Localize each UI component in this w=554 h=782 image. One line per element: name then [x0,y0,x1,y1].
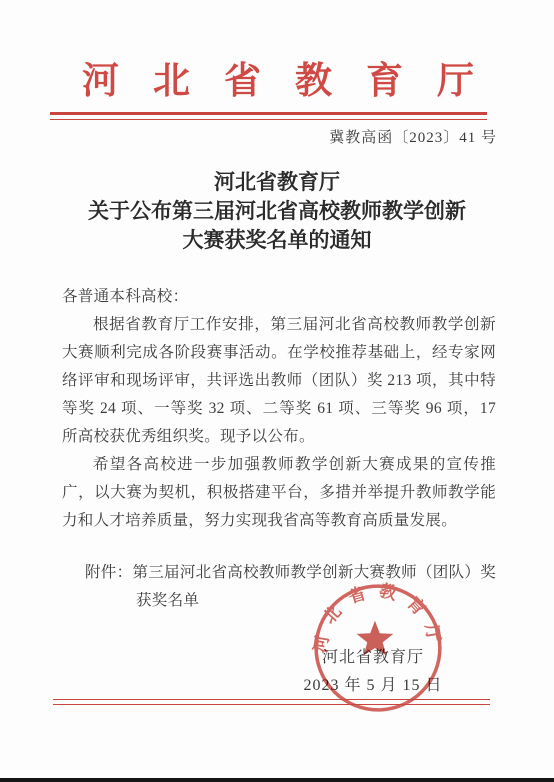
document-page: 河北省教育厅 冀教高函〔2023〕41 号 河北省教育厅 关于公布第三届河北省高… [0,0,554,782]
title-line-1: 河北省教育厅 [0,168,554,197]
document-body: 各普通本科高校： 根据省教育厅工作安排，第三届河北省高校教师教学创新大赛顺利完成… [62,283,496,615]
seal-star-icon [357,621,394,656]
body-paragraph-1: 根据省教育厅工作安排，第三届河北省高校教师教学创新大赛顺利完成各阶段赛事活动。在… [62,311,496,451]
attachment-label: 附件： [85,564,132,581]
title-line-3: 大赛获奖名单的通知 [0,226,554,255]
document-title: 河北省教育厅 关于公布第三届河北省高校教师教学创新 大赛获奖名单的通知 [0,168,554,255]
title-line-2: 关于公布第三届河北省高校教师教学创新 [0,197,554,226]
document-number: 冀教高函〔2023〕41 号 [329,126,497,147]
letterhead-agency-name: 河北省教育厅 [82,58,474,106]
official-seal: 河北省教育厅 [307,577,449,719]
body-paragraph-2: 希望各高校进一步加强教师教学创新大赛成果的宣传推广，以大赛为契机，积极搭建平台，… [62,451,496,535]
salutation: 各普通本科高校： [62,283,496,311]
bottom-divider-line [53,699,490,705]
letterhead-divider-line [50,112,487,120]
